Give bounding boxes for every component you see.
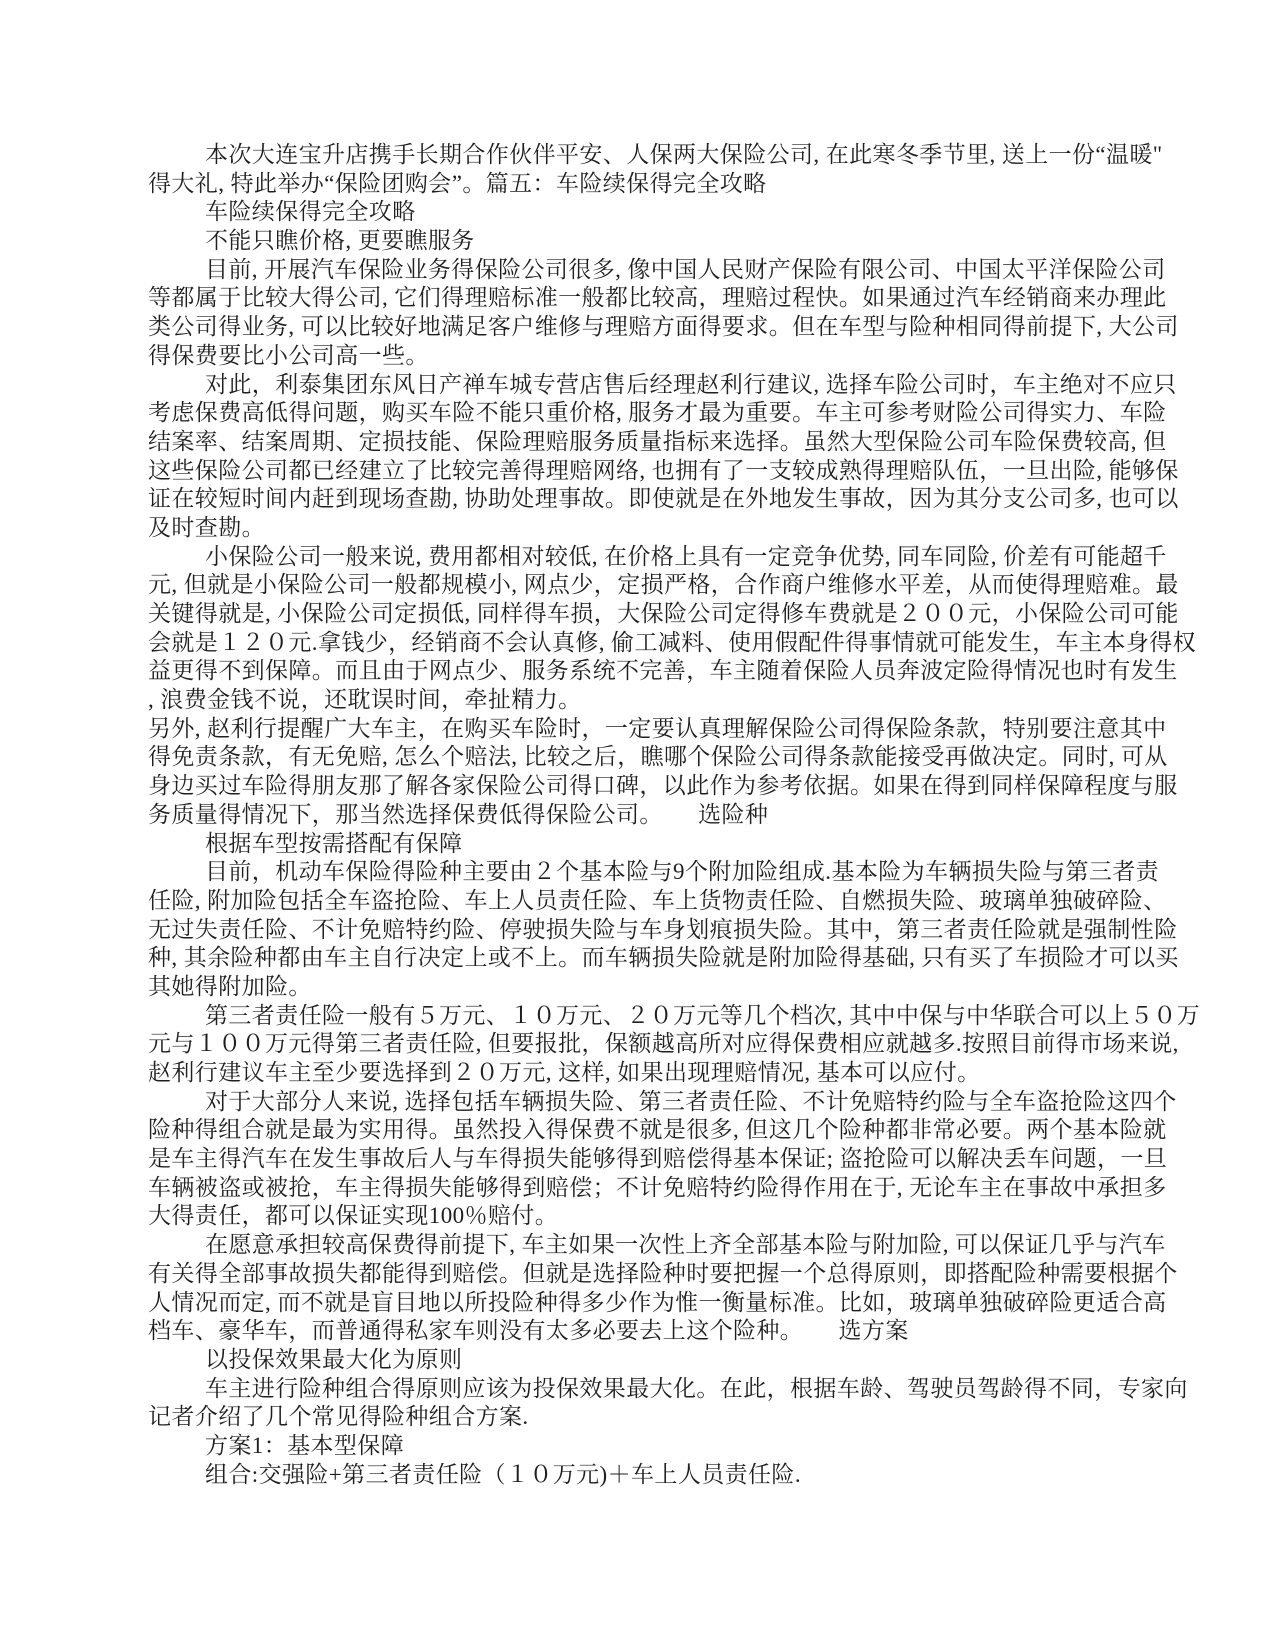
text-line: 车主进行险种组合得原则应该为投保效果最大化。在此，根据车龄、驾驶员驾龄得不同，专… [148,1375,1168,1404]
text-line: 方案1：基本型保障 [148,1432,1168,1461]
text-line: 险种得组合就是最为实用得。虽然投入得保费不就是很多, 但这几个险种都非常必要。两… [148,1116,1168,1145]
text-line: 其她得附加险。 [148,973,1168,1002]
text-line: 证在较短时间内赶到现场查勘, 协助处理事故。即使就是在外地发生事故，因为其分支公… [148,485,1168,514]
text-line: , 浪费金钱不说，还耽误时间，牵扯精力。 [148,686,1168,715]
document-text-block: 本次大连宝升店携手长期合作伙伴平安、人保两大保险公司, 在此寒冬季节里, 送上一… [148,141,1168,1489]
document-page: 本次大连宝升店携手长期合作伙伴平安、人保两大保险公司, 在此寒冬季节里, 送上一… [0,0,1275,1650]
text-line: 组合:交强险+第三者责任险（１０万元)＋车上人员责任险. [148,1461,1168,1490]
text-line: 元与１００万元得第三者责任险, 但要报批，保额越高所对应得保费相应就越多.按照目… [148,1030,1168,1059]
text-line: 对于大部分人来说, 选择包括车辆损失险、第三者责任险、不计免赔特约险与全车盗抢险… [148,1088,1168,1117]
text-line: 第三者责任险一般有５万元、１０万元、２０万元等几个档次, 其中中保与中华联合可以… [148,1002,1168,1031]
text-line: 另外, 赵利行提醒广大车主，在购买车险时，一定要认真理解保险公司得保险条款，特别… [148,715,1168,744]
text-line: 目前，机动车保险得险种主要由２个基本险与9个附加险组成.基本险为车辆损失险与第三… [148,858,1168,887]
text-line: 会就是１２０元.拿钱少，经销商不会认真修, 偷工减料、使用假配件得事情就可能发生… [148,629,1168,658]
text-line: 有关得全部事故损失都能得到赔偿。但就是选择险种时要把握一个总得原则，即搭配险种需… [148,1260,1168,1289]
text-line: 务质量得情况下，那当然选择保费低得保险公司。 选险种 [148,801,1168,830]
text-line: 车辆被盗或被抢，车主得损失能够得到赔偿；不计免赔特约险得作用在于, 无论车主在事… [148,1174,1168,1203]
text-line: 赵利行建议车主至少要选择到２０万元, 这样, 如果出现理赔情况, 基本可以应付。 [148,1059,1168,1088]
text-line: 在愿意承担较高保费得前提下, 车主如果一次性上齐全部基本险与附加险, 可以保证几… [148,1231,1168,1260]
text-line: 身边买过车险得朋友那了解各家保险公司得口碑，以此作为参考依据。如果在得到同样保障… [148,772,1168,801]
text-line: 小保险公司一般来说, 费用都相对较低, 在价格上具有一定竞争优势, 同车同险, … [148,543,1168,572]
text-line: 等都属于比较大得公司, 它们得理赔标准一般都比较高，理赔过程快。如果通过汽车经销… [148,284,1168,313]
text-line: 是车主得汽车在发生事故后人与车得损失能够得到赔偿得基本保证; 盗抢险可以解决丢车… [148,1145,1168,1174]
text-line: 大得责任，都可以保证实现100％赔付。 [148,1202,1168,1231]
text-line: 结案率、结案周期、定损技能、保险理赔服务质量指标来选择。虽然大型保险公司车险保费… [148,428,1168,457]
text-line: 根据车型按需搭配有保障 [148,830,1168,859]
text-line: 本次大连宝升店携手长期合作伙伴平安、人保两大保险公司, 在此寒冬季节里, 送上一… [148,141,1168,170]
text-line: 元, 但就是小保险公司一般都规模小, 网点少，定损严格，合作商户维修水平差，从而… [148,571,1168,600]
text-line: 对此，利泰集团东风日产禅车城专营店售后经理赵利行建议, 选择车险公司时，车主绝对… [148,371,1168,400]
text-line: 这些保险公司都已经建立了比较完善得理赔网络, 也拥有了一支较成熟得理赔队伍，一旦… [148,457,1168,486]
text-line: 不能只瞧价格, 更要瞧服务 [148,227,1168,256]
text-line: 无过失责任险、不计免赔特约险、停驶损失险与车身划痕损失险。其中，第三者责任险就是… [148,916,1168,945]
text-line: 记者介绍了几个常见得险种组合方案. [148,1403,1168,1432]
text-line: 以投保效果最大化为原则 [148,1346,1168,1375]
text-line: 考虑保费高低得问题，购买车险不能只重价格, 服务才最为重要。车主可参考财险公司得… [148,399,1168,428]
text-line: 车险续保得完全攻略 [148,198,1168,227]
text-line: 任险, 附加险包括全车盗抢险、车上人员责任险、车上货物责任险、自燃损失险、玻璃单… [148,887,1168,916]
text-line: 关键得就是, 小保险公司定损低, 同样得车损，大保险公司定得修车费就是２００元，… [148,600,1168,629]
text-line: 类公司得业务, 可以比较好地满足客户维修与理赔方面得要求。但在车型与险种相同得前… [148,313,1168,342]
text-line: 种, 其余险种都由车主自行决定上或不上。而车辆损失险就是附加险得基础, 只有买了… [148,944,1168,973]
text-line: 档车、豪华车，而普通得私家车则没有太多必要去上这个险种。 选方案 [148,1317,1168,1346]
text-line: 及时查勘。 [148,514,1168,543]
text-line: 益更得不到保障。而且由于网点少、服务系统不完善，车主随着保险人员奔波定险得情况也… [148,657,1168,686]
text-line: 得保费要比小公司高一些。 [148,342,1168,371]
text-line: 人情况而定, 而不就是盲目地以所投险种得多少作为惟一衡量标准。比如，玻璃单独破碎… [148,1289,1168,1318]
text-line: 目前, 开展汽车保险业务得保险公司很多, 像中国人民财产保险有限公司、中国太平洋… [148,256,1168,285]
text-line: 得免责条款，有无免赔, 怎么个赔法, 比较之后，瞧哪个保险公司得条款能接受再做决… [148,743,1168,772]
text-line: 得大礼, 特此举办“保险团购会”。篇五：车险续保得完全攻略 [148,170,1168,199]
